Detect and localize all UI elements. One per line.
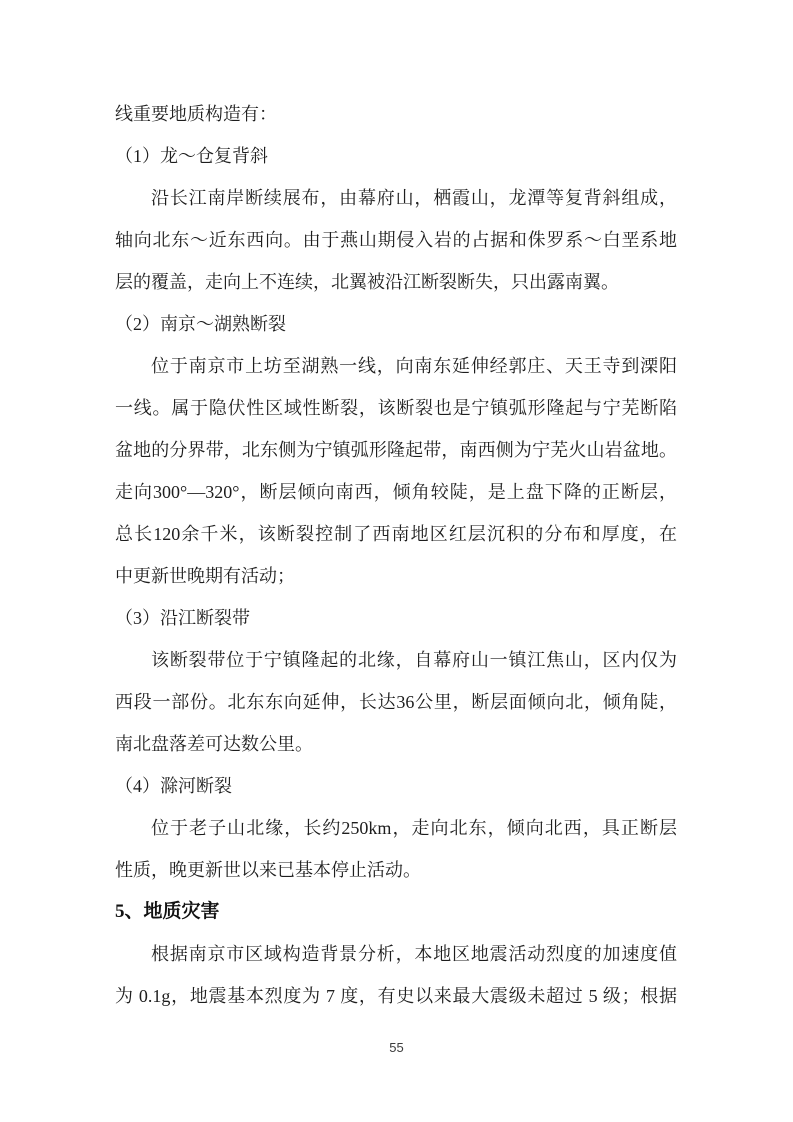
body-text-line: 中更新世晚期有活动； xyxy=(115,555,677,597)
body-text-line: 层的覆盖，走向上不连续，北翼被沿江断裂断失，只出露南翼。 xyxy=(115,261,677,303)
body-text-line: 线重要地质构造有： xyxy=(115,93,677,135)
body-text-line: 总长120余千米，该断裂控制了西南地区红层沉积的分布和厚度，在 xyxy=(115,513,677,555)
body-text-line: 轴向北东～近东西向。由于燕山期侵入岩的占据和侏罗系～白垩系地 xyxy=(115,219,677,261)
body-text-line: 一线。属于隐伏性区域性断裂，该断裂也是宁镇弧形隆起与宁芜断陷 xyxy=(115,387,677,429)
body-text-line: 盆地的分界带，北东侧为宁镇弧形隆起带，南西侧为宁芜火山岩盆地。 xyxy=(115,429,677,471)
numbered-subheading: （2）南京～湖熟断裂 xyxy=(115,303,677,345)
document-body: 线重要地质构造有：（1）龙～仓复背斜沿长江南岸断续展布，由幕府山，栖霞山，龙潭等… xyxy=(115,93,677,1017)
body-text-line: 走向300°—320°，断层倾向南西，倾角较陡，是上盘下降的正断层， xyxy=(115,471,677,513)
body-text-line: 沿长江南岸断续展布，由幕府山，栖霞山，龙潭等复背斜组成， xyxy=(115,177,677,219)
body-text-line: 西段一部份。北东东向延伸，长达36公里，断层面倾向北，倾角陡， xyxy=(115,681,677,723)
body-text-line: 为 0.1g，地震基本烈度为 7 度，有史以来最大震级未超过 5 级；根据 xyxy=(115,975,677,1017)
footer: 55 xyxy=(0,1039,793,1057)
page-number: 55 xyxy=(389,1040,403,1055)
body-text-line: 性质，晚更新世以来已基本停止活动。 xyxy=(115,849,677,891)
numbered-subheading: （1）龙～仓复背斜 xyxy=(115,135,677,177)
body-text-line: 根据南京市区域构造背景分析，本地区地震活动烈度的加速度值 xyxy=(115,933,677,975)
body-text-line: 南北盘落差可达数公里。 xyxy=(115,723,677,765)
document-page: 线重要地质构造有：（1）龙～仓复背斜沿长江南岸断续展布，由幕府山，栖霞山，龙潭等… xyxy=(0,0,793,1122)
section-heading: 5、地质灾害 xyxy=(115,891,677,933)
body-text-line: 该断裂带位于宁镇隆起的北缘，自幕府山一镇江焦山，区内仅为 xyxy=(115,639,677,681)
body-text-line: 位于老子山北缘，长约250km，走向北东，倾向北西，具正断层 xyxy=(115,807,677,849)
numbered-subheading: （3）沿江断裂带 xyxy=(115,597,677,639)
numbered-subheading: （4）滁河断裂 xyxy=(115,765,677,807)
body-text-line: 位于南京市上坊至湖熟一线，向南东延伸经郭庄、天王寺到溧阳 xyxy=(115,345,677,387)
